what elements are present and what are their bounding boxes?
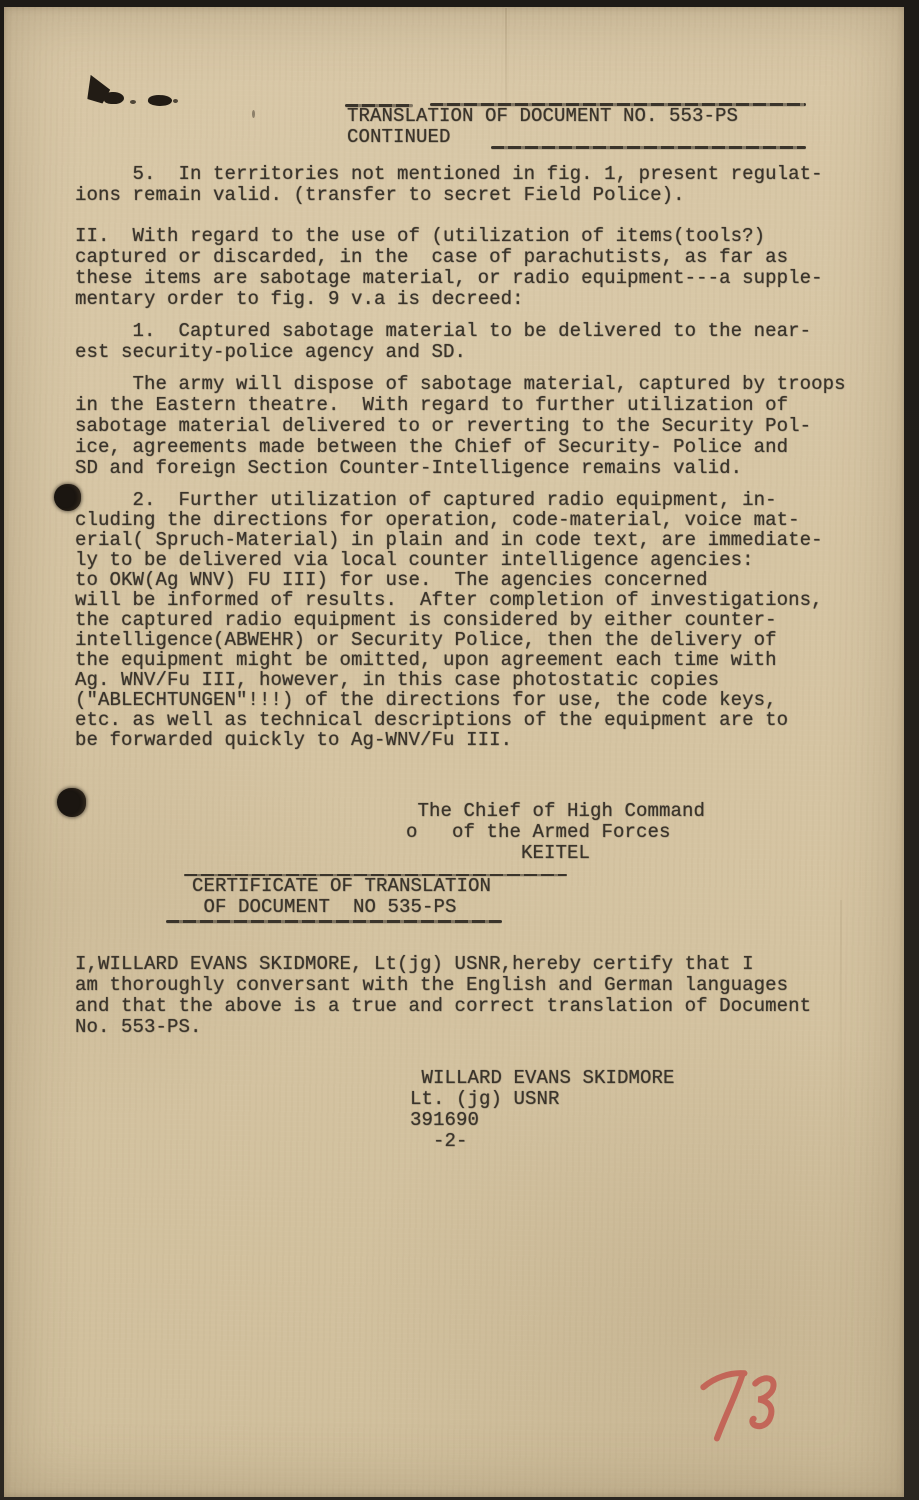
- document-title-continued: CONTINUED: [347, 127, 451, 148]
- certificate-body: I,WILLARD EVANS SKIDMORE, Lt(jg) USNR,he…: [75, 954, 811, 1038]
- certificate-heading: CERTIFICATE OF TRANSLATION OF DOCUMENT N…: [192, 876, 491, 918]
- paper-crease: [840, 900, 842, 1200]
- paragraph-item-2: 2. Further utilization of captured radio…: [75, 490, 823, 750]
- scanned-document: TRANSLATION OF DOCUMENT NO. 553-PS CONTI…: [0, 0, 919, 1500]
- hole-punch: [54, 484, 81, 511]
- hole-punch: [57, 788, 86, 817]
- document-title: TRANSLATION OF DOCUMENT NO. 553-PS: [347, 106, 738, 127]
- ink-blot: [104, 92, 124, 104]
- paragraph-army: The army will dispose of sabotage materi…: [75, 374, 846, 479]
- handwritten-page-number: [692, 1358, 808, 1460]
- certificate-underline: [166, 920, 502, 923]
- header-underline: [491, 146, 806, 149]
- paragraph-item-5: 5. In territories not mentioned in fig. …: [75, 164, 823, 206]
- signoff-keitel: The Chief of High Command o of the Armed…: [406, 801, 705, 864]
- ink-speck: [173, 99, 178, 103]
- ink-speck: [252, 110, 255, 118]
- paragraph-section-II: II. With regard to the use of (utilizati…: [75, 226, 823, 310]
- translator-signature-block: WILLARD EVANS SKIDMORE Lt. (jg) USNR 391…: [410, 1068, 675, 1152]
- paragraph-item-1: 1. Captured sabotage material to be deli…: [75, 321, 811, 363]
- ink-speck: [130, 100, 136, 104]
- paper-crease: [505, 8, 507, 168]
